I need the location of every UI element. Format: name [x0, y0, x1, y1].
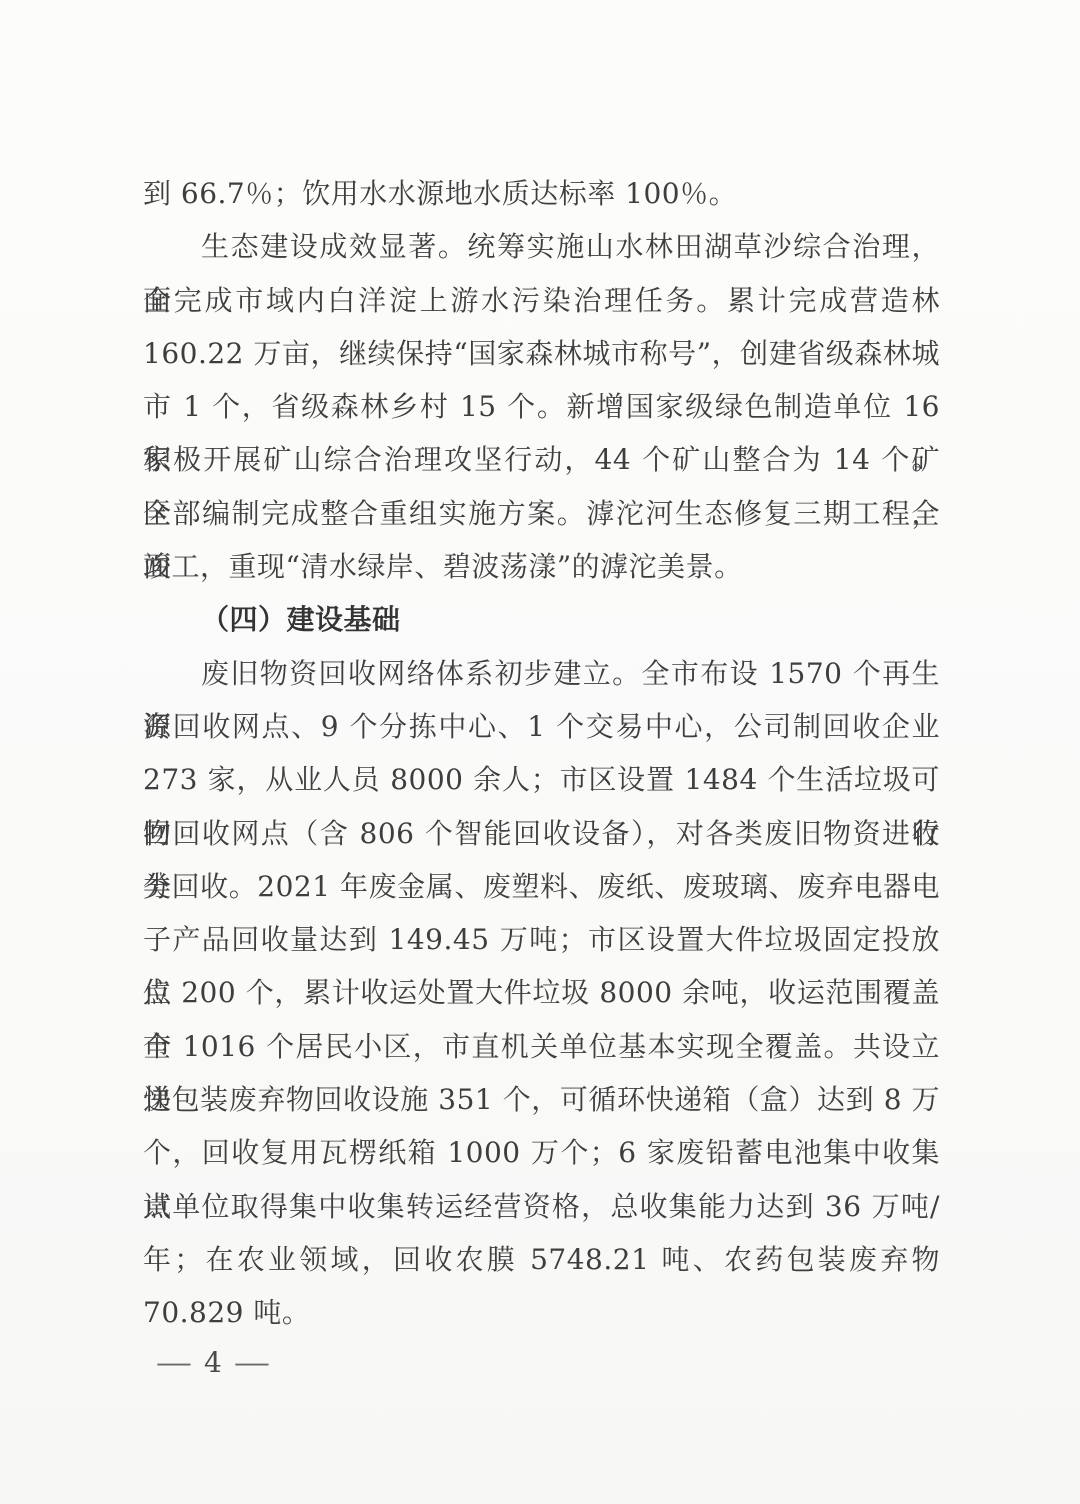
paragraph-line: 积极开展矿山综合治理攻坚行动，44 个矿山整合为 14 个矿区，: [143, 433, 940, 486]
paragraph-line: 类回收。2021 年废金属、废塑料、废纸、废玻璃、废弃电器电: [143, 860, 940, 913]
document-page: 到 66.7％；饮用水水源地水质达标率 100％。 生态建设成效显著。统筹实施山…: [0, 0, 1080, 1504]
paragraph-line: 市 1 个，省级森林乡村 15 个。新增国家级绿色制造单位 16 家。: [143, 380, 940, 433]
paragraph-line: 废旧物资回收网络体系初步建立。全市布设 1570 个再生资: [143, 647, 940, 700]
page-footer: — 4 —: [160, 1338, 266, 1388]
paragraph-line: 年；在农业领域，回收农膜 5748.21 吨、农药包装废弃物: [143, 1233, 940, 1286]
paragraph-line: 递包装废弃物回收设施 351 个，可循环快递箱（盒）达到 8 万: [143, 1073, 940, 1126]
paragraph-line: 273 家，从业人员 8000 余人；市区设置 1484 个生活垃圾可回收: [143, 753, 940, 806]
page-number: 4: [204, 1338, 222, 1388]
paragraph-line: 点单位取得集中收集转运经营资格，总收集能力达到 36 万吨/: [143, 1180, 940, 1233]
paragraph-line: 源回收网点、9 个分拣中心、1 个交易中心，公司制回收企业: [143, 700, 940, 753]
paragraph-line: 子产品回收量达到 149.45 万吨；市区设置大件垃圾固定投放点: [143, 913, 940, 966]
paragraph-line: 生态建设成效显著。统筹实施山水林田湖草沙综合治理，全: [143, 220, 940, 273]
paragraph-line: 市 1016 个居民小区，市直机关单位基本实现全覆盖。共设立快: [143, 1020, 940, 1073]
document-body: 到 66.7％；饮用水水源地水质达标率 100％。 生态建设成效显著。统筹实施山…: [143, 167, 940, 1340]
paragraph-line: 竣工，重现“清水绿岸、碧波荡漾”的滹沱美景。: [143, 540, 940, 593]
footer-dash-right: —: [234, 1338, 270, 1388]
paragraph-line: 70.829 吨。: [143, 1286, 940, 1339]
paragraph-line: 160.22 万亩，继续保持“国家森林城市称号”，创建省级森林城: [143, 327, 940, 380]
section-heading: （四）建设基础: [143, 593, 940, 646]
paragraph-line: 个，回收复用瓦楞纸箱 1000 万个；6 家废铅蓄电池集中收集试: [143, 1126, 940, 1179]
paragraph-line: 全部编制完成整合重组实施方案。滹沱河生态修复三期工程全面: [143, 487, 940, 540]
paragraph-line: 物回收网点（含 806 个智能回收设备），对各类废旧物资进行分: [143, 807, 940, 860]
footer-dash-left: —: [156, 1338, 192, 1388]
paragraph-line: 到 66.7％；饮用水水源地水质达标率 100％。: [143, 167, 940, 220]
paragraph-line: 面完成市域内白洋淀上游水污染治理任务。累计完成营造林: [143, 274, 940, 327]
paragraph-line: 位 200 个，累计收运处置大件垃圾 8000 余吨，收运范围覆盖全: [143, 966, 940, 1019]
